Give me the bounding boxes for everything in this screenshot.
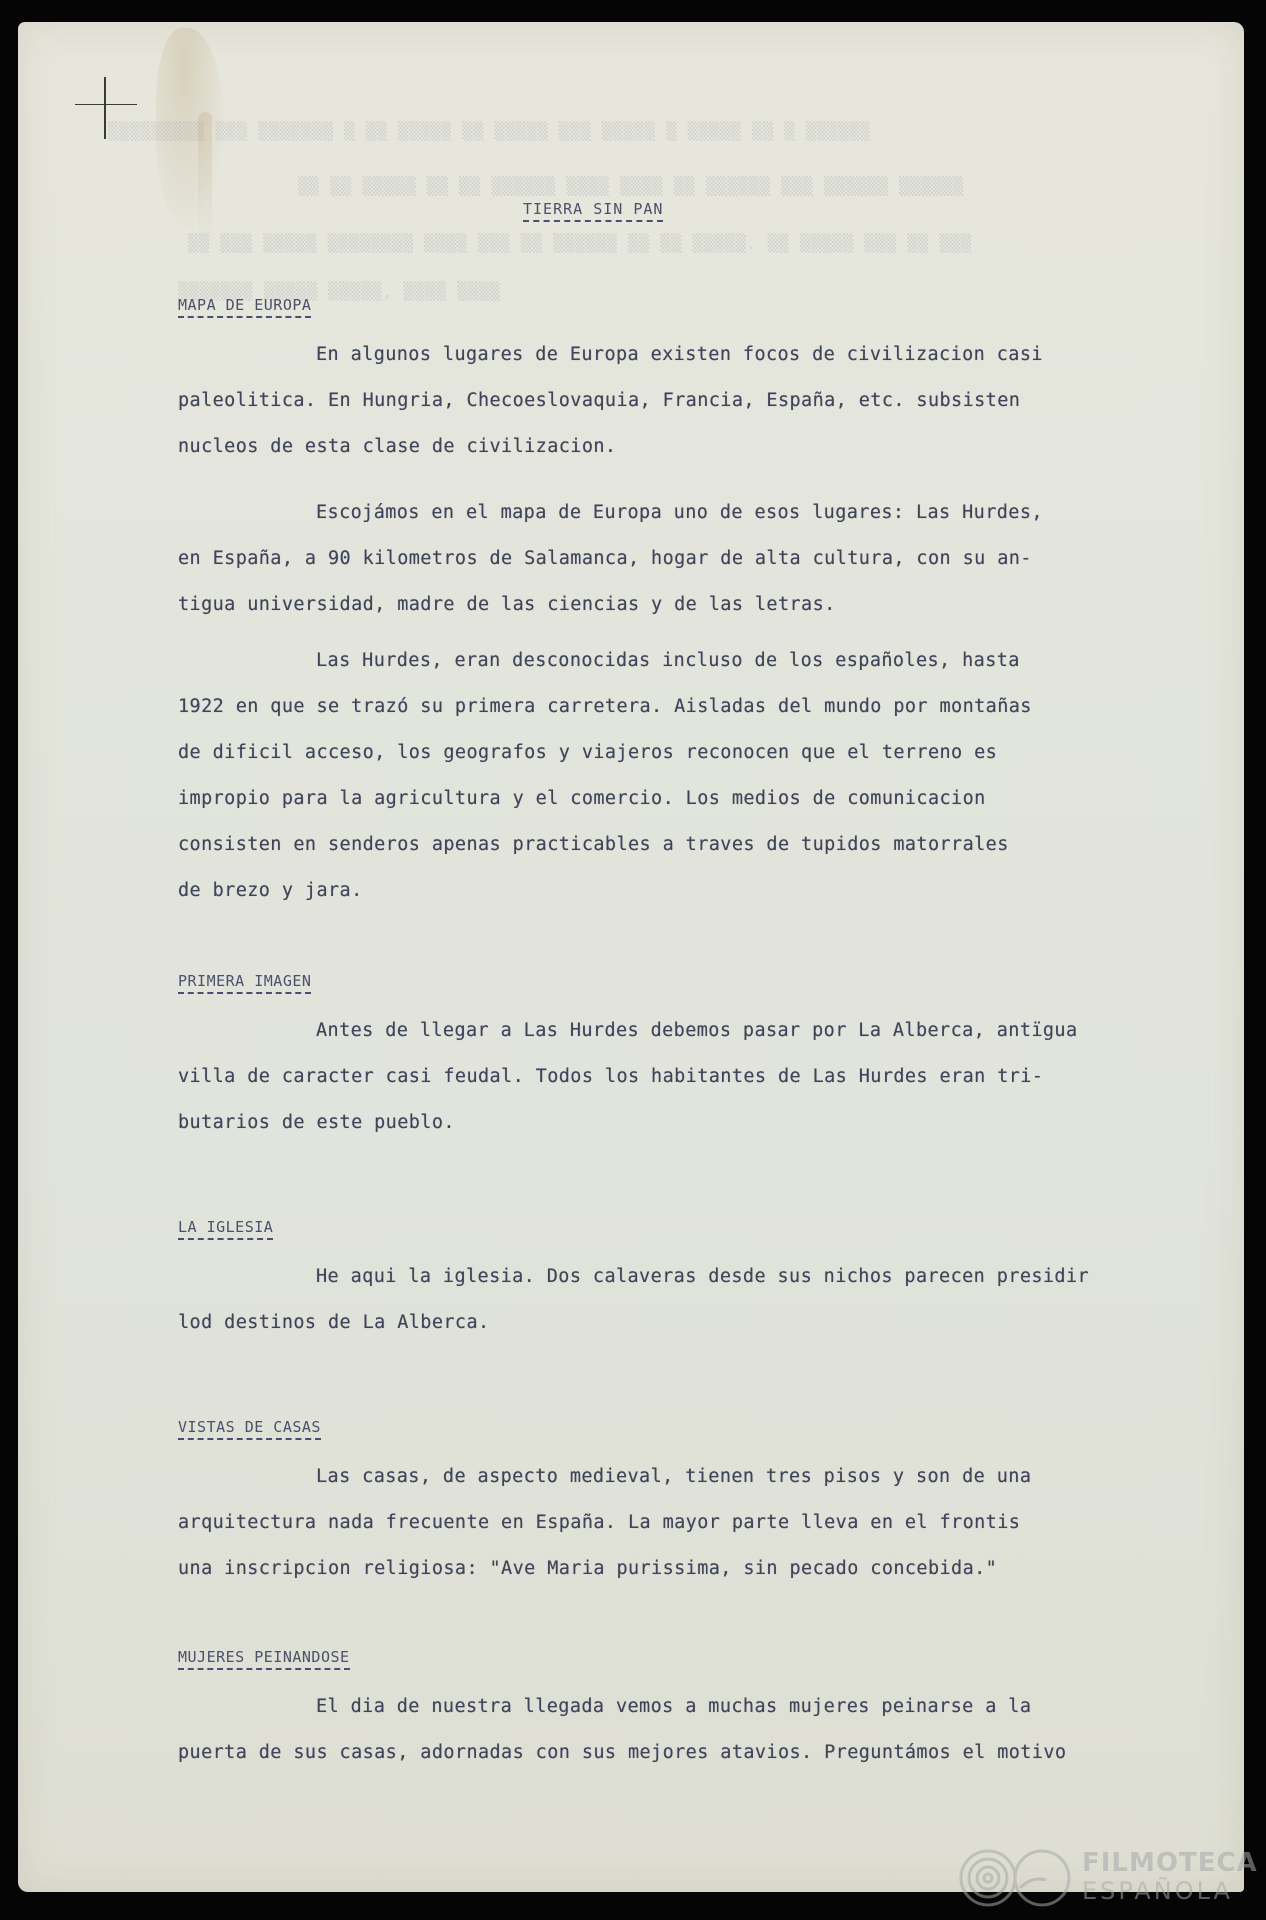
paragraph-line: Las casas, de aspecto medieval, tienen t… xyxy=(316,1466,1031,1487)
paragraph-line: Antes de llegar a Las Hurdes debemos pas… xyxy=(316,1020,1078,1041)
show-through-text: ▒▒ ▒▒ ▒▒▒▒▒ ▒▒ ▒▒ ▒▒▒▒▒▒ ▒▒▒▒ ▒▒▒▒ ▒▒ ▒▒… xyxy=(298,177,964,197)
paragraph-line: villa de caracter casi feudal. Todos los… xyxy=(178,1066,1043,1087)
paragraph-line: consisten en senderos apenas practicable… xyxy=(178,834,1009,855)
paragraph-line: El dia de nuestra llegada vemos a muchas… xyxy=(316,1696,1031,1717)
paragraph-line: butarios de este pueblo. xyxy=(178,1112,455,1133)
paragraph-line: paleolitica. En Hungria, Checoeslovaquia… xyxy=(178,390,1020,411)
section-heading-vistas-de-casas: VISTAS DE CASAS xyxy=(178,1418,321,1440)
paragraph-line: tigua universidad, madre de las ciencias… xyxy=(178,594,836,615)
section-heading-primera-imagen: PRIMERA IMAGEN xyxy=(178,972,311,994)
filmoteca-watermark: FILMOTECA ESPAÑOLA xyxy=(958,1848,1258,1908)
paragraph-line: arquitectura nada frecuente en España. L… xyxy=(178,1512,1020,1533)
paragraph-line: de dificil acceso, los geografos y viaje… xyxy=(178,742,997,763)
section-heading-mapa-de-europa: MAPA DE EUROPA xyxy=(178,296,311,318)
paragraph-line: puerta de sus casas, adornadas con sus m… xyxy=(178,1742,1066,1763)
paragraph-line: en España, a 90 kilometros de Salamanca,… xyxy=(178,548,1032,569)
show-through-text: ▒▒ ▒▒▒ ▒▒▒▒▒ ▒▒▒▒▒▒▒▒ ▒▒▒▒ ▒▒▒ ▒▒ ▒▒▒▒▒▒… xyxy=(188,234,972,254)
watermark-line-2: ESPAÑOLA xyxy=(1082,1877,1233,1905)
section-heading-la-iglesia: LA IGLESIA xyxy=(178,1218,273,1240)
watermark-line-1: FILMOTECA xyxy=(1082,1848,1258,1878)
section-heading-mujeres-peinandose: MUJERES PEINANDOSE xyxy=(178,1648,350,1670)
document-page: ▒▒▒▒▒▒▒▒▒ ▒▒▒ ▒▒▒▒▒▒▒ ▒ ▒▒ ▒▒▒▒▒ ▒▒ ▒▒▒▒… xyxy=(18,22,1244,1892)
paragraph-line: impropio para la agricultura y el comerc… xyxy=(178,788,986,809)
document-title: TIERRA SIN PAN xyxy=(523,200,663,222)
paragraph-line: de brezo y jara. xyxy=(178,880,363,901)
paragraph-line: una inscripcion religiosa: "Ave Maria pu… xyxy=(178,1558,997,1579)
paragraph-line: Escojámos en el mapa de Europa uno de es… xyxy=(316,502,1043,523)
paragraph-line: Las Hurdes, eran desconocidas incluso de… xyxy=(316,650,1020,671)
paragraph-line: 1922 en que se trazó su primera carreter… xyxy=(178,696,1032,717)
paragraph-line: nucleos de esta clase de civilizacion. xyxy=(178,436,616,457)
paragraph-line: He aqui la iglesia. Dos calaveras desde … xyxy=(316,1266,1089,1287)
paragraph-line: lod destinos de La Alberca. xyxy=(178,1312,490,1333)
show-through-text: ▒▒▒▒▒▒▒▒▒ ▒▒▒ ▒▒▒▒▒▒▒ ▒ ▒▒ ▒▒▒▒▒ ▒▒ ▒▒▒▒… xyxy=(108,122,870,142)
filmoteca-spiral-logo-icon xyxy=(958,1848,1074,1908)
paragraph-line: En algunos lugares de Europa existen foc… xyxy=(316,344,1043,365)
